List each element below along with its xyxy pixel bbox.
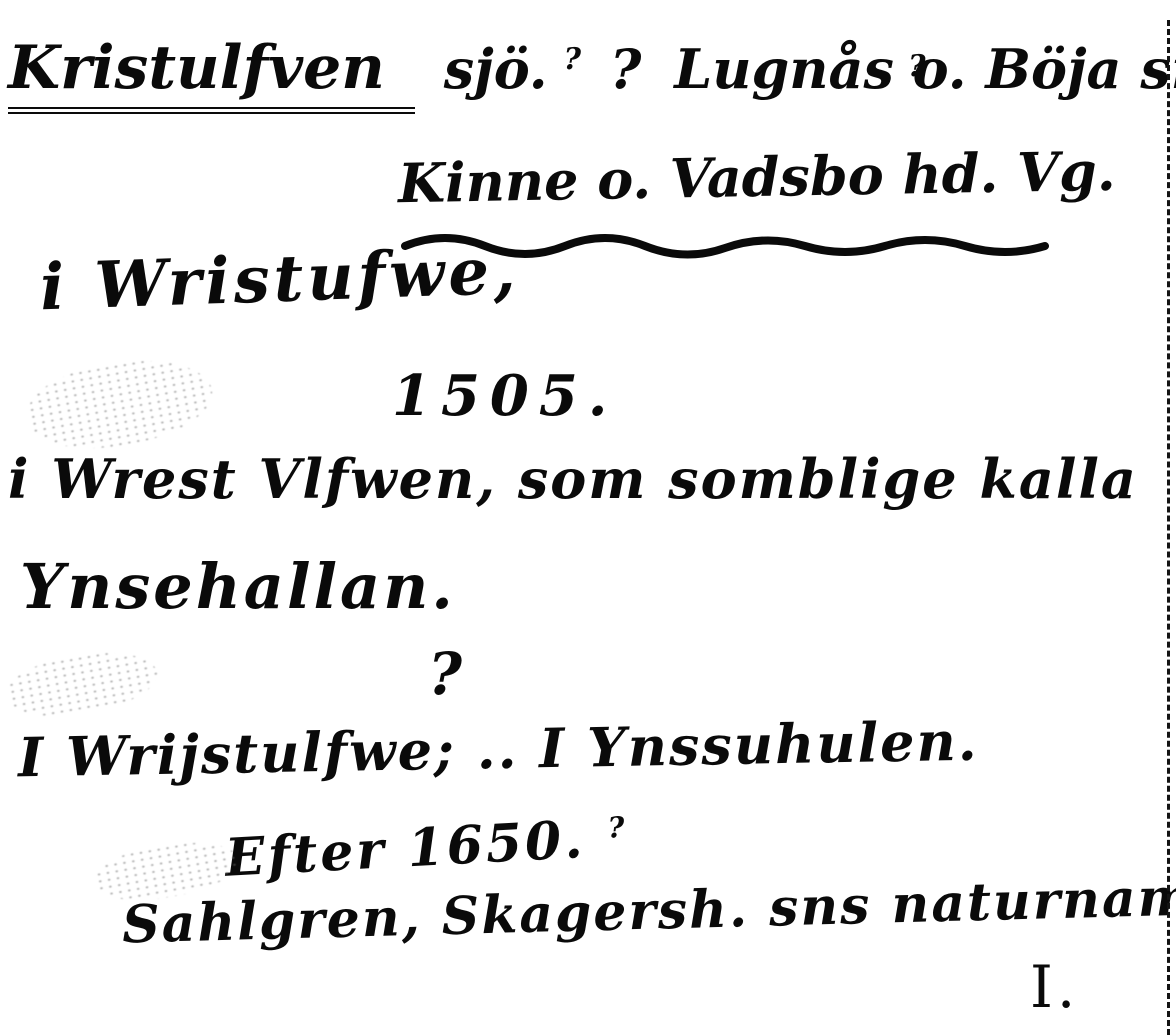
attestation-line: i Wrest Vlfwen, som somblige kalla xyxy=(8,452,1138,506)
header-line: Kristulfven sjö.? ? Lugnås o. Böja snr.? xyxy=(8,38,1176,98)
feature-type-label: sjö. xyxy=(444,37,548,101)
card-edge-line xyxy=(1167,20,1170,1035)
archive-card: Kristulfven sjö.? ? Lugnås o. Böja snr.?… xyxy=(0,0,1176,1035)
query-mark-icon: ? xyxy=(607,809,629,844)
query-mark-icon: ? xyxy=(610,37,642,101)
attestation-line: Ynsehallan. xyxy=(20,556,456,618)
ink-smudge xyxy=(4,642,162,725)
attestation-line: I Wrijstulfwe; .. I Ynssuhulen. xyxy=(18,714,979,785)
attestation-year: 1505. xyxy=(392,368,617,424)
query-mark-icon: ? xyxy=(428,645,462,703)
dating-text: Efter 1650. xyxy=(224,809,587,889)
attestation-line: i Wristufwe, xyxy=(39,240,520,321)
query-mark-icon: ? xyxy=(564,42,581,77)
query-mark-icon: ? xyxy=(908,52,926,82)
ink-smudge xyxy=(22,348,218,461)
district-line: Kinne o. Vadsbo hd. Vg. xyxy=(398,144,1116,211)
headword: Kristulfven xyxy=(8,33,415,114)
page-numeral: I. xyxy=(1030,958,1079,1016)
dating-line: Efter 1650. ? xyxy=(224,811,639,885)
